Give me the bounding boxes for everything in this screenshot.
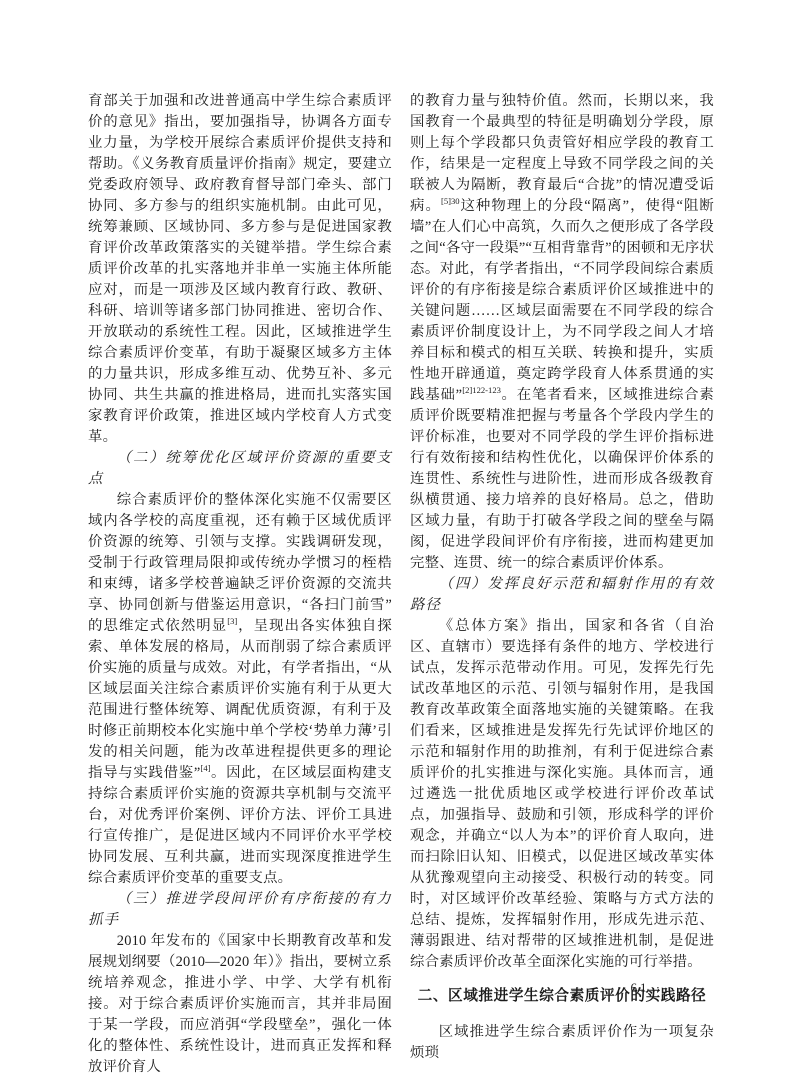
- paragraph: 2010 年发布的《国家中长期教育改革和发展规划纲要（2010—2020 年）》…: [88, 931, 392, 1077]
- paragraph: 区域推进学生综合素质评价作为一项复杂烦琐: [410, 1022, 714, 1064]
- text-column-right: 的教育力量与独特价值。然而，长期以来，我国教育一个最典型的特征是明确划分学段，原…: [410, 91, 714, 1064]
- paragraph: 的教育力量与独特价值。然而，长期以来，我国教育一个最典型的特征是明确划分学段，原…: [410, 91, 714, 574]
- paper-page: 育部关于加强和改进普通高中学生综合素质评价的意见》指出，要加强指导，协调各方面专…: [0, 0, 800, 1077]
- citation-superscript: [5]30: [441, 196, 460, 206]
- paragraph: 综合素质评价的整体深化实施不仅需要区域内各学校的高度重视，还有赖于区域优质评价资…: [88, 490, 392, 889]
- heading: （三）推进学段间评价有序衔接的有力抓手: [88, 889, 392, 931]
- citation-superscript: [3]: [227, 616, 237, 626]
- citation-superscript: [4]: [200, 763, 210, 773]
- paragraph: 育部关于加强和改进普通高中学生综合素质评价的意见》指出，要加强指导，协调各方面专…: [88, 91, 392, 448]
- heading: （四）发挥良好示范和辐射作用的有效路径: [410, 574, 714, 616]
- citation-superscript: [2]122-123: [462, 385, 501, 395]
- page-number: · 61 ·: [560, 980, 720, 996]
- paragraph: 《总体方案》指出，国家和各省（自治区、直辖市）要选择有条件的地方、学校进行试点，…: [410, 616, 714, 973]
- heading: （二）统筹优化区域评价资源的重要支点: [88, 448, 392, 490]
- text-column-left: 育部关于加强和改进普通高中学生综合素质评价的意见》指出，要加强指导，协调各方面专…: [88, 91, 392, 1077]
